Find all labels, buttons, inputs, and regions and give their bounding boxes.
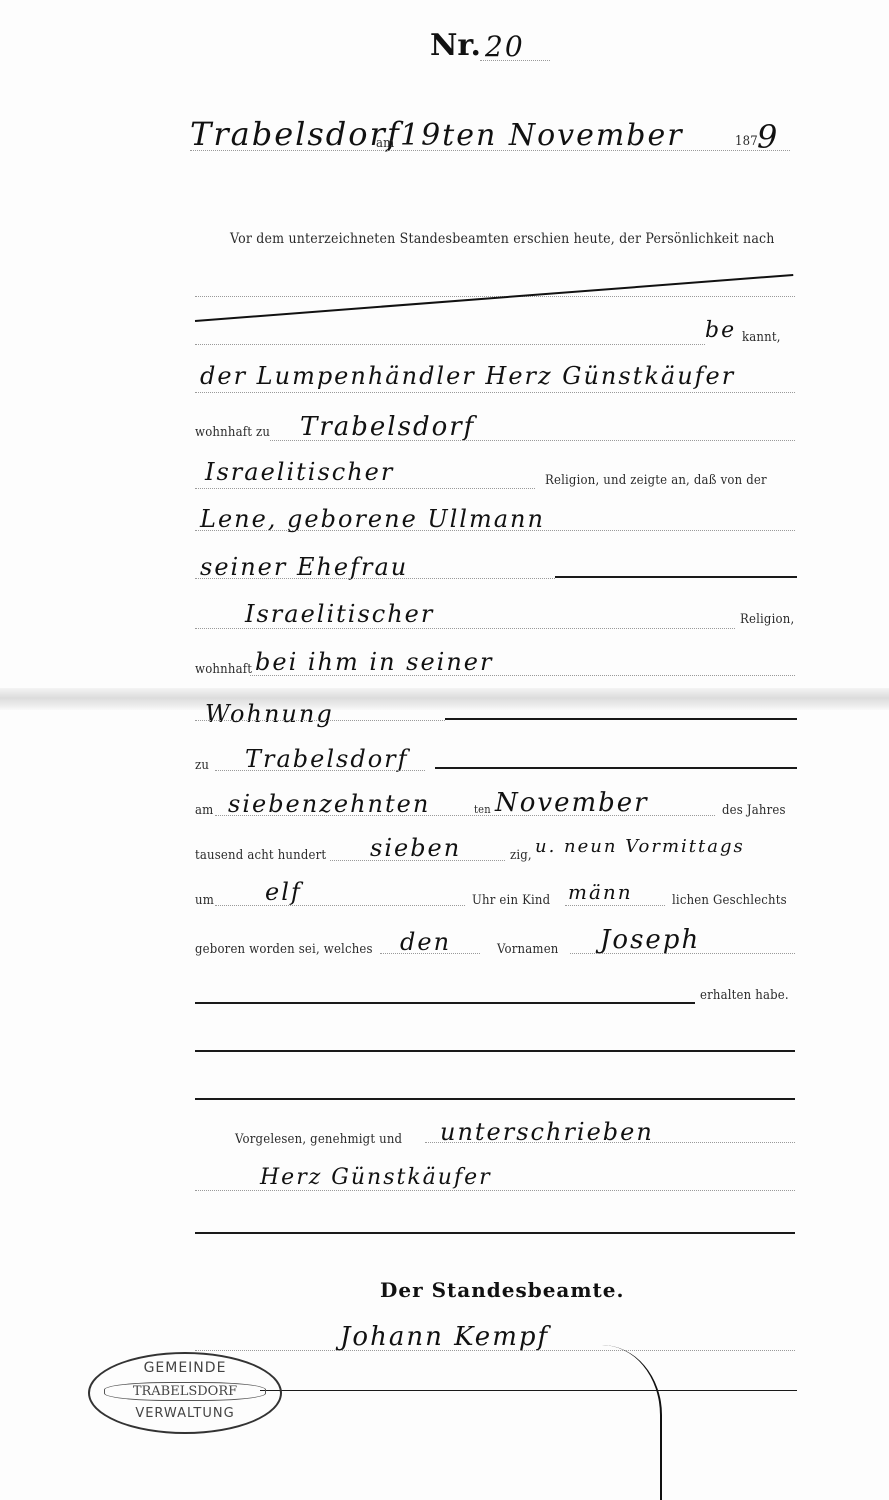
dotted-line bbox=[425, 1142, 795, 1143]
uhr-label: Uhr ein Kind bbox=[472, 893, 550, 908]
dotted-line bbox=[195, 1350, 795, 1351]
zig-label: zig, bbox=[510, 848, 532, 863]
strike-line bbox=[435, 767, 797, 769]
record-number-label: Nr. bbox=[430, 28, 481, 63]
birth-hour: elf bbox=[265, 878, 302, 906]
record-number: 20 bbox=[485, 30, 525, 63]
mother-relation: seiner Ehefrau bbox=[200, 553, 408, 581]
municipal-stamp: GEMEINDE TRABELSDORF VERWALTUNG bbox=[88, 1352, 282, 1434]
dotted-line bbox=[330, 860, 505, 861]
paper-fold bbox=[0, 688, 889, 710]
dotted-line bbox=[195, 392, 795, 393]
registrar-signature: Johann Kempf bbox=[340, 1322, 549, 1352]
dotted-line bbox=[195, 720, 445, 721]
birth-place: Trabelsdorf bbox=[245, 745, 409, 773]
dotted-line bbox=[215, 770, 425, 771]
informant-religion: Israelitischer bbox=[205, 458, 394, 486]
strike-line bbox=[195, 1050, 795, 1052]
dotted-line bbox=[270, 440, 795, 441]
strike-line bbox=[195, 1232, 795, 1234]
religion-sentence: Religion, und zeigte an, daß von der bbox=[545, 473, 767, 488]
dotted-line bbox=[195, 1190, 795, 1191]
birth-year-word: sieben bbox=[370, 834, 461, 862]
dotted-line bbox=[380, 953, 480, 954]
birth-month: November bbox=[495, 788, 649, 818]
strike-line bbox=[555, 576, 797, 578]
informant-name: der Lumpenhändler Herz Günstkäufer bbox=[200, 362, 735, 390]
um-label: um bbox=[195, 893, 214, 908]
strike-line bbox=[195, 274, 793, 322]
signature-line bbox=[260, 1390, 797, 1391]
wohnhaft-zu-label: wohnhaft zu bbox=[195, 425, 270, 440]
dotted-line bbox=[215, 815, 715, 816]
informant-residence: Trabelsdorf bbox=[300, 412, 475, 442]
mother-religion: Israelitischer bbox=[245, 600, 434, 628]
religion-label: Religion, bbox=[740, 612, 794, 627]
strike-line bbox=[195, 1002, 695, 1004]
stamp-line-1: GEMEINDE bbox=[90, 1360, 280, 1376]
wohnhaft-label: wohnhaft bbox=[195, 662, 252, 677]
dotted-line bbox=[195, 488, 535, 489]
dotted-line bbox=[195, 628, 735, 629]
tausend-label: tausend acht hundert bbox=[195, 848, 326, 863]
header-place: Trabelsdorf bbox=[190, 115, 401, 153]
geboren-label: geboren worden sei, welches bbox=[195, 942, 373, 957]
stamp-line-2: TRABELSDORF bbox=[104, 1382, 266, 1401]
dotted-line bbox=[570, 953, 795, 954]
registrar-heading: Der Standesbeamte. bbox=[380, 1278, 624, 1302]
mother-residence-line2: Wohnung bbox=[205, 700, 334, 728]
intro-text: Vor dem unterzeichneten Standesbeamten e… bbox=[230, 231, 775, 247]
mother-residence-line1: bei ihm in seiner bbox=[255, 648, 493, 676]
den-handwritten: den bbox=[400, 928, 451, 956]
header-date: 19ten November bbox=[400, 118, 684, 153]
am-label-2: am bbox=[195, 803, 213, 818]
dotted-line bbox=[215, 905, 465, 906]
dotted-line bbox=[250, 675, 795, 676]
informant-signature: Herz Günstkäufer bbox=[260, 1165, 492, 1190]
known-suffix: kannt, bbox=[742, 330, 781, 345]
child-sex: männ bbox=[568, 880, 633, 904]
dotted-line bbox=[190, 150, 790, 151]
erhalten-label: erhalten habe. bbox=[700, 988, 789, 1003]
strike-line bbox=[195, 1098, 795, 1100]
stamp-line-3: VERWALTUNG bbox=[90, 1406, 280, 1421]
strike-line bbox=[445, 718, 797, 720]
dotted-line bbox=[195, 578, 555, 579]
signature-flourish bbox=[600, 1345, 662, 1500]
des-jahres-label: des Jahres bbox=[722, 803, 786, 818]
geschlechts-label: lichen Geschlechts bbox=[672, 893, 787, 908]
child-name: Joseph bbox=[600, 925, 700, 955]
dotted-line bbox=[195, 530, 795, 531]
document-page: Nr. 20 Trabelsdorf am 19ten November 187… bbox=[0, 0, 889, 1500]
known-prefix: be bbox=[705, 318, 736, 343]
mother-name: Lene, geborene Ullmann bbox=[200, 505, 545, 533]
birth-day: siebenzehnten bbox=[228, 790, 430, 818]
dotted-line bbox=[565, 905, 665, 906]
year-printed: 187 bbox=[735, 134, 758, 149]
vornamen-label: Vornamen bbox=[497, 942, 559, 957]
vorgelesen-label: Vorgelesen, genehmigt und bbox=[235, 1132, 402, 1147]
zu-label: zu bbox=[195, 758, 209, 773]
birth-year-suffix: u. neun Vormittags bbox=[535, 836, 745, 857]
am-label: am bbox=[376, 136, 394, 151]
dotted-line bbox=[195, 344, 705, 345]
dotted-line bbox=[480, 60, 550, 61]
